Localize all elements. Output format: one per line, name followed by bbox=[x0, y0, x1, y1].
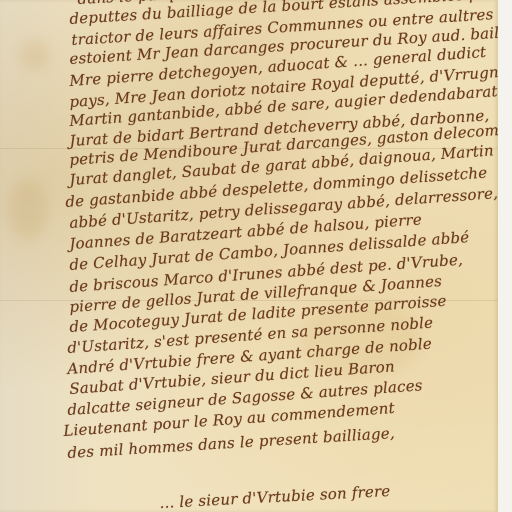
scan-background bbox=[498, 0, 512, 512]
paper-stain bbox=[20, 40, 50, 70]
manuscript-page: dans le parquet ... deputtes du bailliag… bbox=[0, 0, 498, 512]
paper-stain bbox=[8, 180, 48, 240]
text-line: ... le sieur d'Vrtubie son frere bbox=[159, 482, 391, 512]
